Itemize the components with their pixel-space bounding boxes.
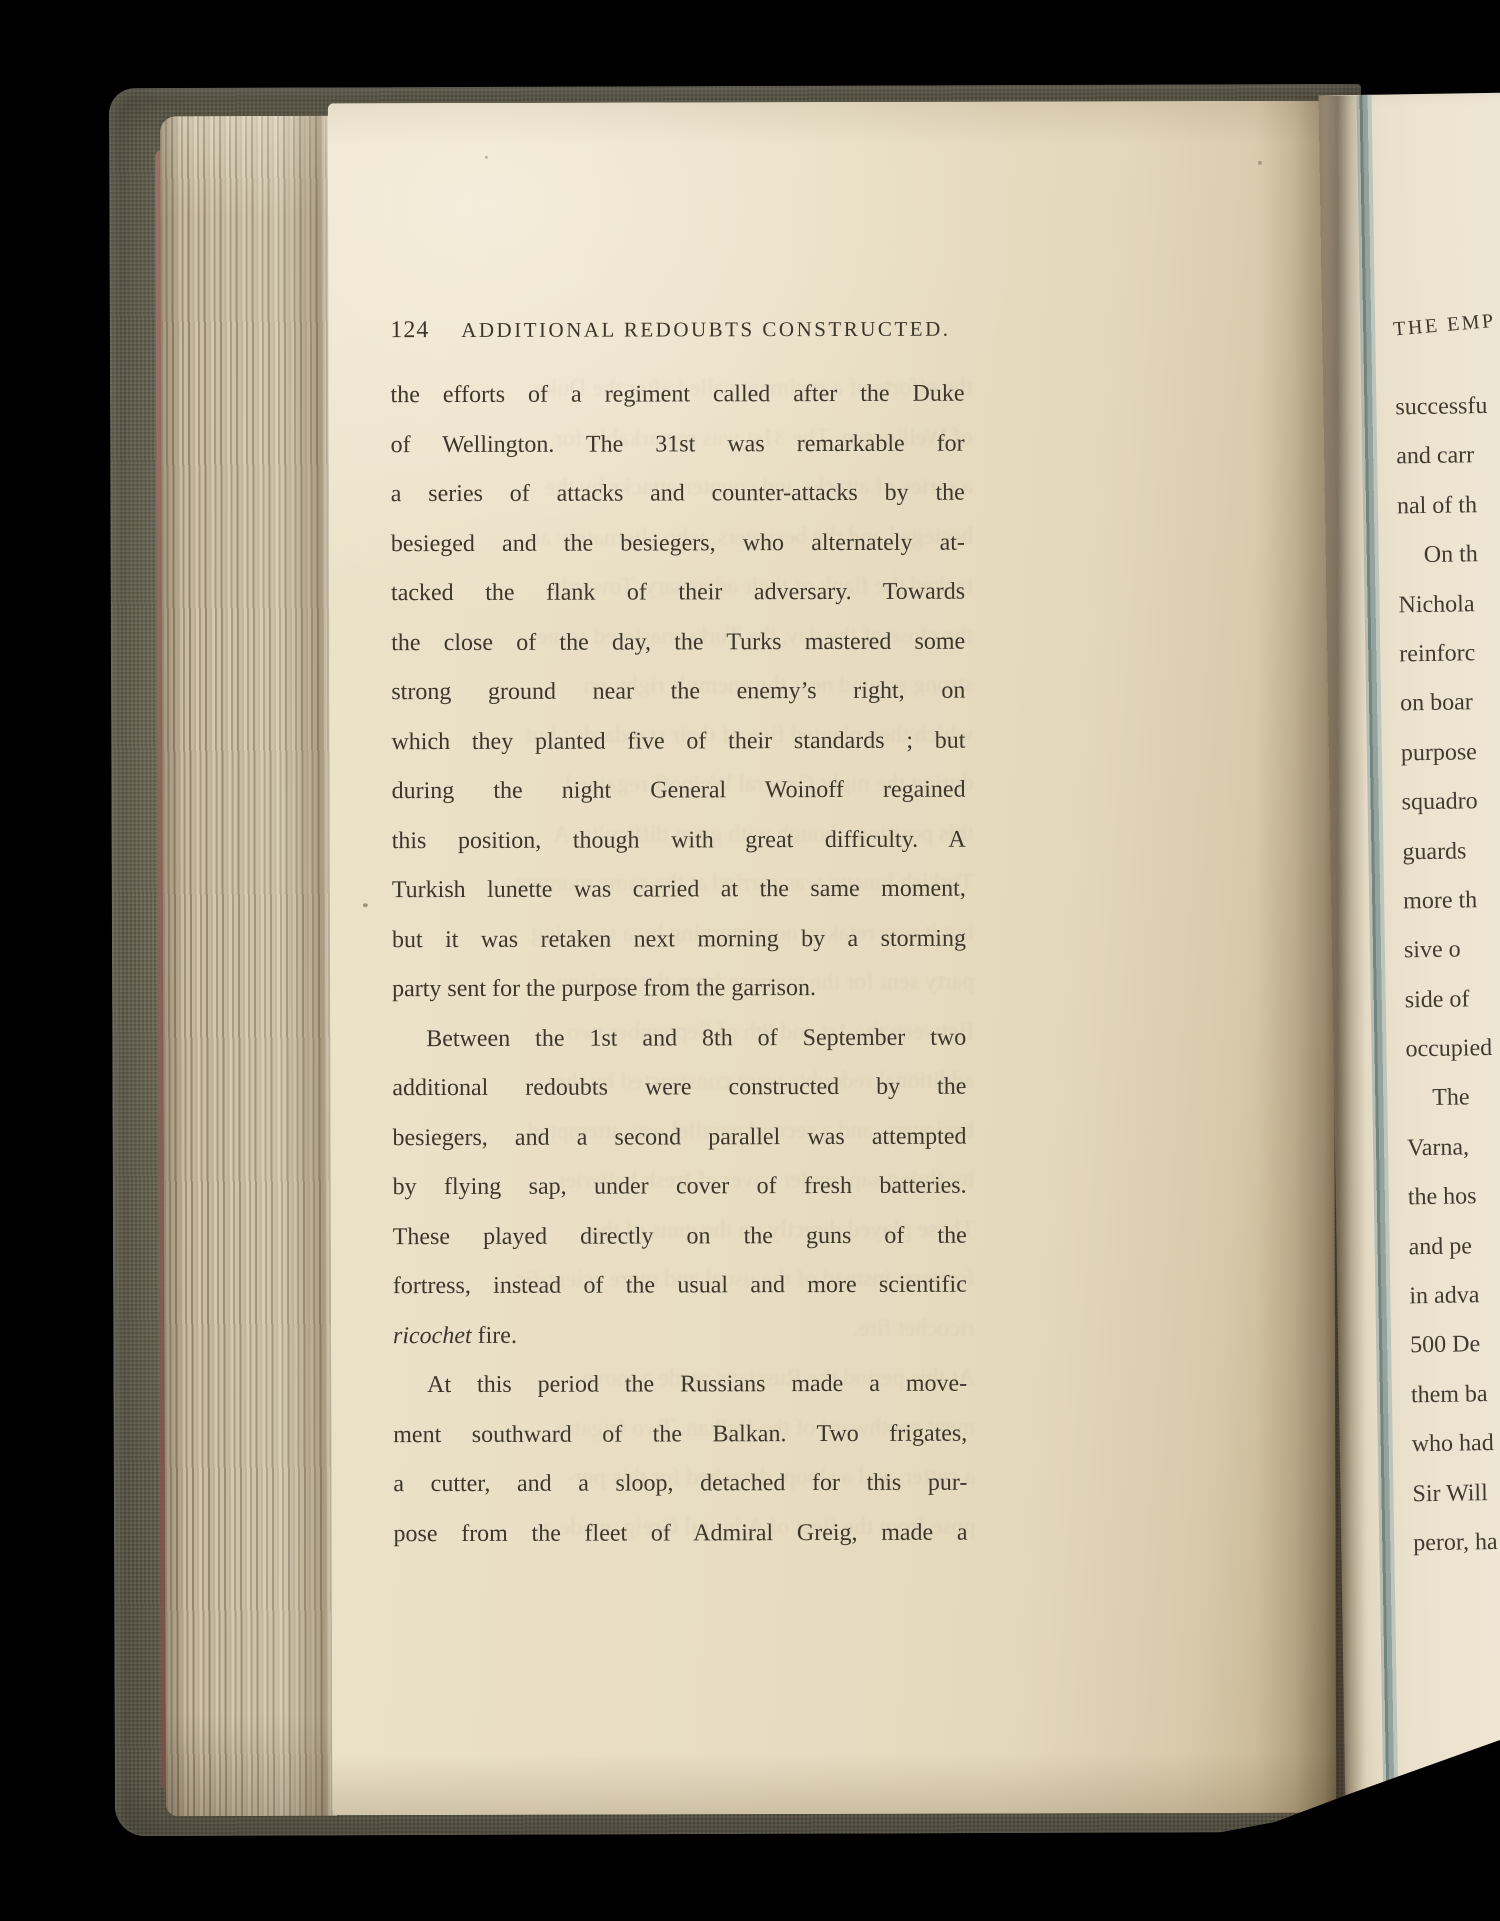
page-header: 124 ADDITIONAL REDOUBTS CONSTRUCTED. [390, 316, 964, 345]
right-body-text: successfuand carrnal of thOn thNicholare… [1395, 381, 1500, 1569]
text-line-fragment: reinforc [1399, 628, 1500, 680]
text-line: besiegers, and a second parallel was att… [392, 1112, 966, 1163]
text-line: by flying sap, under cover of fresh batt… [393, 1162, 967, 1213]
right-page: THE EMP successfuand carrnal of thOn thN… [1319, 93, 1500, 1812]
text-line-fragment: guards [1402, 825, 1500, 877]
text-line: ment southward of the Balkan. Two frigat… [393, 1409, 967, 1460]
paper-speck [363, 903, 368, 907]
text-line: of Wellington. The 31st was remarkable f… [391, 419, 965, 470]
text-line-fragment: on boar [1400, 677, 1500, 729]
text-line-fragment: in adva [1409, 1270, 1500, 1322]
right-running-header: THE EMP [1392, 310, 1496, 342]
text-line-fragment: Sir Will [1412, 1467, 1500, 1519]
text-line: which they planted five of their standar… [391, 716, 965, 767]
text-line: during the night General Woinoff regaine… [391, 766, 965, 817]
text-line-fragment: sive o [1404, 924, 1500, 976]
text-line-fragment: Varna, [1407, 1122, 1500, 1174]
text-line-fragment: who had [1411, 1418, 1500, 1470]
text-line-fragment: Nichola [1398, 578, 1500, 630]
text-line-fragment: squadro [1401, 776, 1500, 828]
left-page: the efforts of a regiment called after t… [328, 101, 1336, 1816]
book-photograph: the efforts of a regiment called after t… [0, 0, 1500, 1921]
text-line-fragment: them ba [1411, 1369, 1500, 1421]
text-line: party sent for the purpose from the garr… [392, 964, 966, 1015]
text-line-fragment: purpose [1400, 727, 1500, 779]
text-line-fragment: side of [1404, 974, 1500, 1026]
text-line: this position, though with great difficu… [392, 815, 966, 866]
text-line-fragment: and carr [1396, 430, 1500, 482]
page-fore-edge-stack [160, 116, 337, 1817]
text-line: besieged and the besiegers, who alternat… [391, 518, 965, 569]
text-line: These played directly on the guns of the [393, 1211, 967, 1262]
text-line: but it was retaken next morning by a sto… [392, 914, 966, 965]
text-line: the close of the day, the Turks mastered… [391, 617, 965, 668]
text-line-fragment: nal of th [1397, 480, 1500, 532]
text-line: fortress, instead of the usual and more … [393, 1261, 967, 1312]
text-line: Between the 1st and 8th of September two [392, 1013, 966, 1064]
body-text: the efforts of a regiment called after t… [390, 370, 967, 1559]
text-line-fragment: and pe [1408, 1220, 1500, 1272]
text-line: additional redoubts were constructed by … [392, 1063, 966, 1114]
text-line: Turkish lunette was carried at the same … [392, 865, 966, 916]
text-line: pose from the fleet of Admiral Greig, ma… [393, 1508, 967, 1559]
paper-speck [485, 156, 488, 159]
paper-speck [1258, 161, 1262, 165]
text-line: tacked the flank of their adversary. Tow… [391, 568, 965, 619]
text-line: a series of attacks and counter-attacks … [391, 469, 965, 520]
text-line: ricochet fire. [393, 1310, 967, 1361]
text-line-fragment: The [1406, 1072, 1500, 1124]
text-line-fragment: On th [1397, 529, 1500, 581]
text-line: At this period the Russians made a move- [393, 1360, 967, 1411]
text-line-fragment: the hos [1407, 1171, 1500, 1223]
text-line-fragment: more th [1403, 875, 1500, 927]
text-line-fragment: peror, ha [1413, 1517, 1500, 1569]
text-line-fragment: occupied [1405, 1023, 1500, 1075]
page-edge-strip [1357, 95, 1399, 1811]
text-line: the efforts of a regiment called after t… [390, 370, 964, 421]
page-number: 124 [390, 317, 429, 344]
running-header: ADDITIONAL REDOUBTS CONSTRUCTED. [429, 317, 964, 343]
text-line-fragment: successfu [1395, 381, 1500, 433]
text-line: strong ground near the enemy’s right, on [391, 667, 965, 718]
text-line: a cutter, and a sloop, detached for this… [393, 1459, 967, 1510]
text-line-fragment: 500 De [1410, 1319, 1500, 1371]
